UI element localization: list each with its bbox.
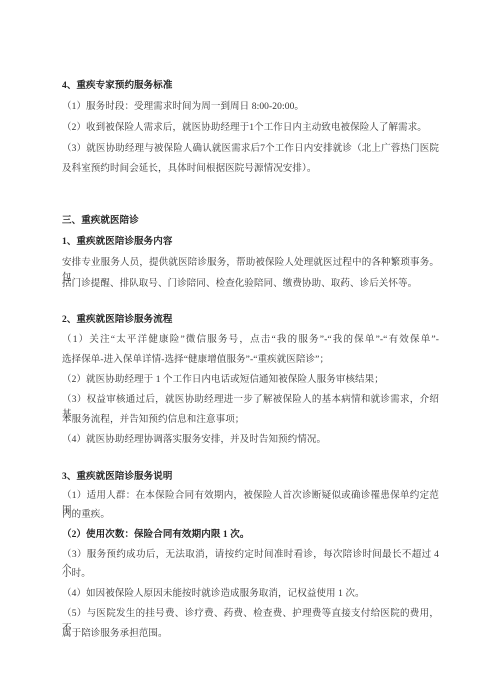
document-page: 4、重疾专家预约服务标准 （1）服务时段：受理需求时间为周一到周日 8:00-2… [0, 0, 495, 700]
line-arrange-visit-part1: （3）就医协助经理与被保险人确认就医需求后7个工作日内安排就诊（北上广蓉热门医院 [62, 142, 439, 157]
heading-section-three-accompany: 三、重疾就医陪诊 [62, 214, 439, 229]
line-arrange-visit-part2: 及科室预约时间会延长，具体时间根据医院号源情况安排）。 [62, 162, 439, 177]
line-service-hours: （1）服务时段：受理需求时间为周一到周日 8:00-20:00。 [62, 100, 439, 115]
line-notes-no-cancel-part2: 小时。 [62, 567, 439, 582]
line-process-step4: （4）就医协助经理协调落实服务安排，并及时告知预约情况。 [62, 433, 439, 448]
line-process-step2: （2）就医协助经理于 1 个工作日内电话或短信通知被保险人服务审核结果； [62, 373, 439, 388]
line-notes-fees-part2: 属于陪诊服务承担范围。 [62, 627, 439, 642]
line-process-step3-part2: 本服务流程，并告知预约信息和注意事项； [62, 413, 439, 428]
line-accompany-content-part2: 括门诊提醒、排队取号、门诊陪同、检查化验陪同、缴费协助、取药、诊后关怀等。 [62, 277, 439, 292]
line-notes-missed-visit: （4）如因被保险人原因未能按时就诊造成服务取消，记权益使用 1 次。 [62, 587, 439, 602]
heading-accompany-service-process: 2、重疾就医陪诊服务流程 [62, 313, 439, 328]
line-process-step1-part2: 选择保单-进入保单详情-选择“健康增值服务”-“重疾就医陪诊”； [62, 353, 439, 368]
line-notes-usage-limit: （2）使用次数：保险合同有效期内限 1 次。 [62, 528, 439, 543]
line-process-step1-part1: （1）关注“太平洋健康险”微信服务号，点击“我的服务”-“我的保单”-“有效保单… [62, 333, 439, 348]
heading-accompany-service-content: 1、重疾就医陪诊服务内容 [62, 235, 439, 250]
heading-accompany-service-notes: 3、重疾就医陪诊服务说明 [62, 470, 439, 485]
line-contact-within-one-day: （2）收到被保险人需求后，就医协助经理于1个工作日内主动致电被保险人了解需求。 [62, 121, 439, 136]
heading-expert-appointment-standard: 4、重疾专家预约服务标准 [62, 79, 439, 94]
line-notes-applicable-part2: 内的重疾。 [62, 508, 439, 523]
